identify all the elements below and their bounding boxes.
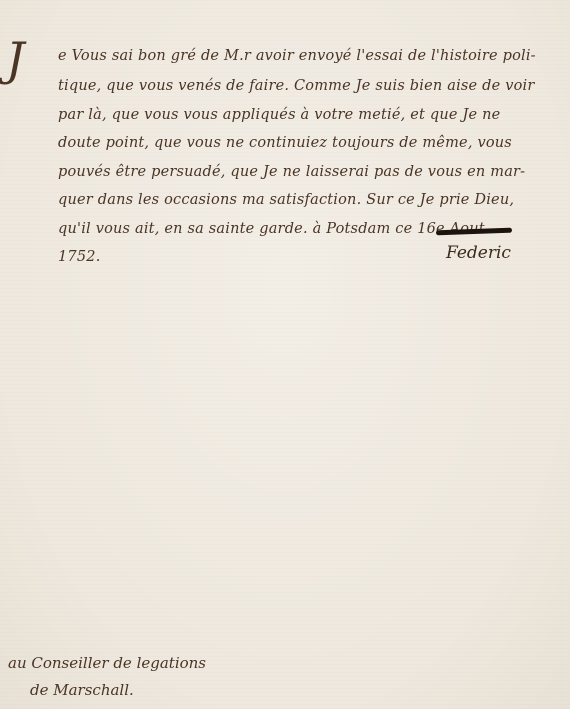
letter-line-6: quer dans les occasions ma satisfaction.… xyxy=(58,192,514,208)
letter-line-5: pouvés être persuadé, que Je ne laissera… xyxy=(58,164,525,180)
address-line-2: de Marschall. xyxy=(30,681,134,699)
letter-line-4: doute point, que vous ne continuiez touj… xyxy=(58,135,512,151)
decorative-initial: J xyxy=(6,36,24,82)
letter-line-2: tique, que vous venés de faire. Comme Je… xyxy=(58,78,535,94)
letter-line-7: qu'il vous ait, en sa sainte garde. à Po… xyxy=(58,221,485,237)
letter-line-8: 1752. xyxy=(58,249,101,265)
letter-line-3: par là, que vous vous appliqués à votre … xyxy=(58,107,500,123)
letter-line-1: e Vous sai bon gré de M.r avoir envoyé l… xyxy=(58,48,536,64)
address-line-1: au Conseiller de legations xyxy=(8,654,206,672)
letter-page: J e Vous sai bon gré de M.r avoir envoyé… xyxy=(0,0,570,709)
signature: Federic xyxy=(446,243,511,263)
